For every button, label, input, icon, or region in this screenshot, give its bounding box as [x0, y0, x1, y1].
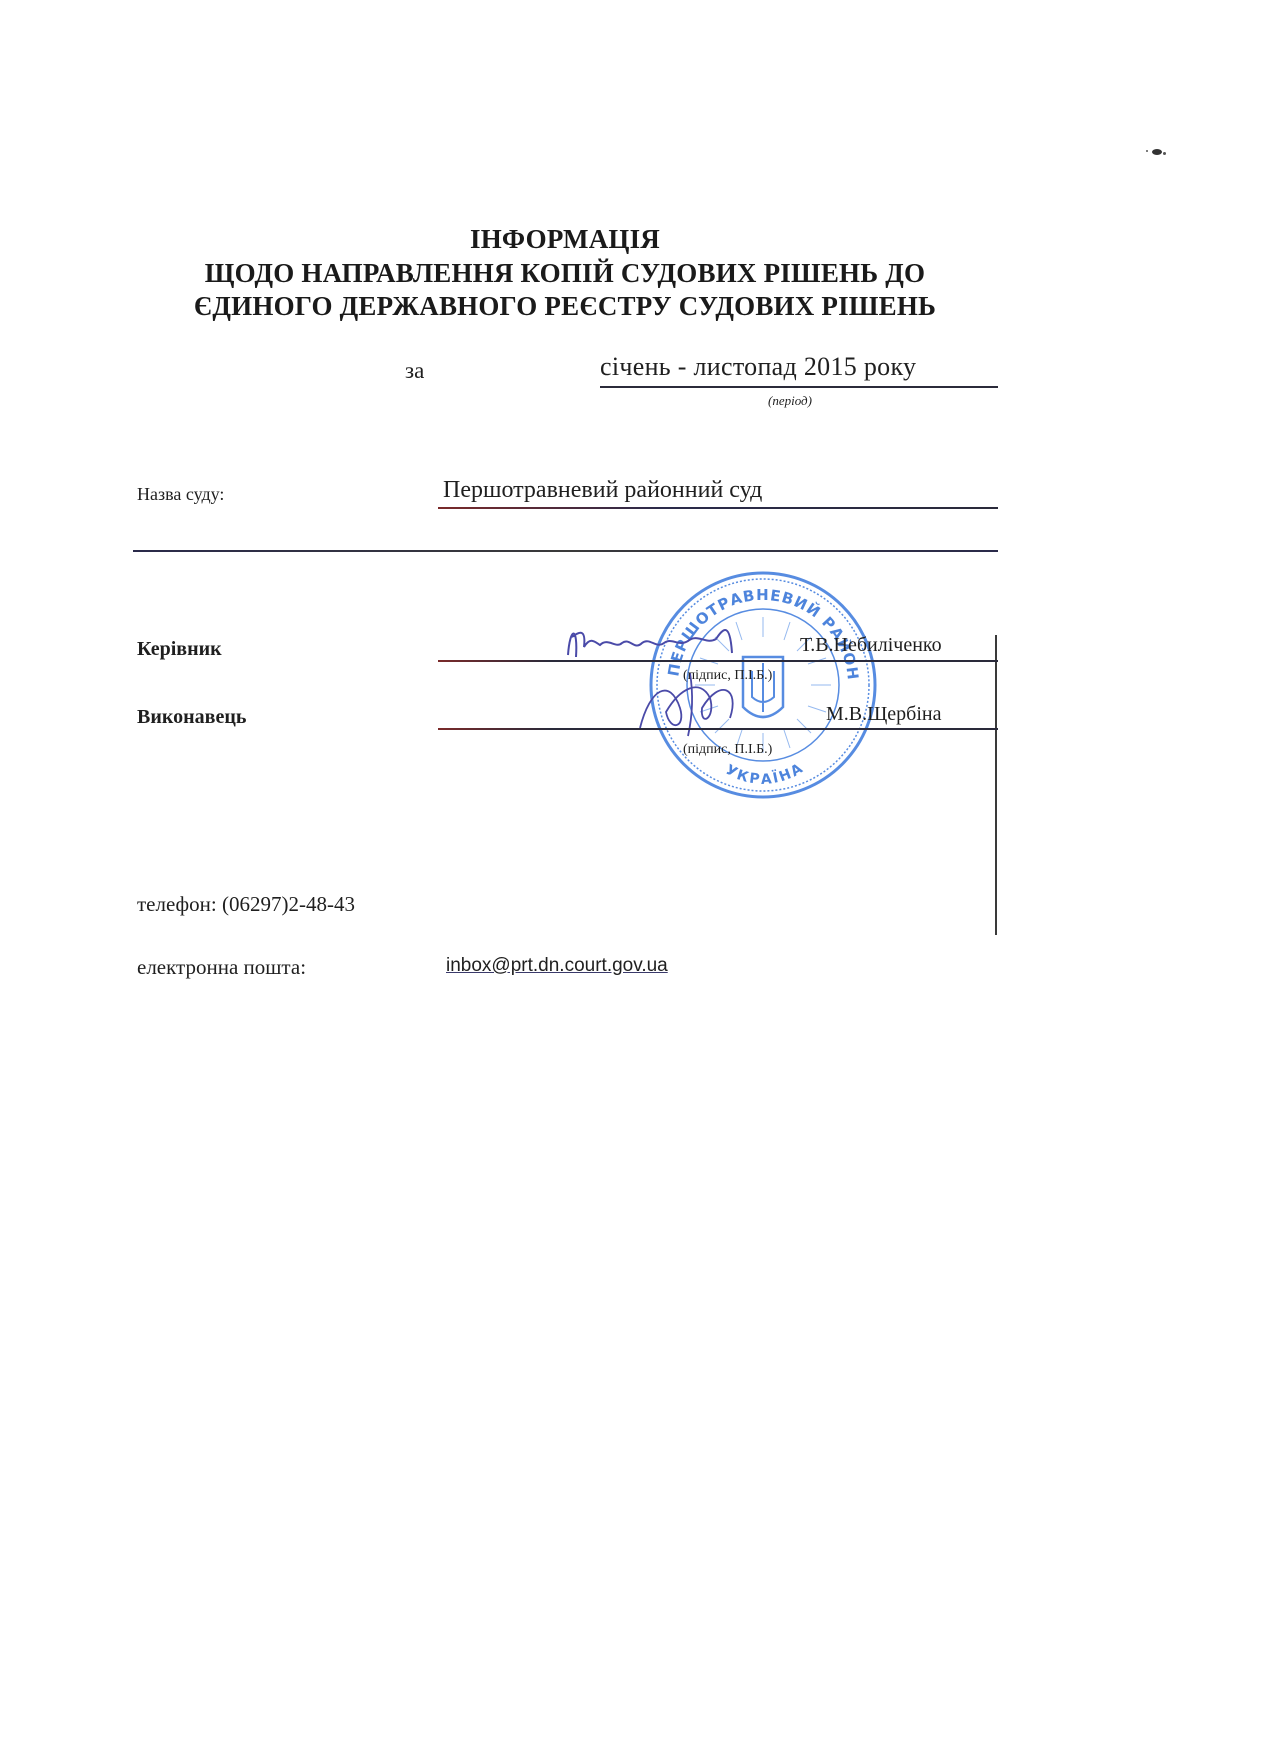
court-seal-stamp-icon: ПЕРШОТРАВНЕВИЙ РАЙОННИЙ СУД УКРАЇНА [648, 567, 878, 803]
email-link[interactable]: inbox@prt.dn.court.gov.ua [446, 955, 668, 977]
svg-text:УКРАЇНА: УКРАЇНА [723, 760, 807, 788]
executor-name: М.В.Щербіна [826, 703, 942, 726]
executor-signature-caption: (підпис, П.І.Б.) [683, 742, 772, 758]
head-signature-line [438, 660, 998, 662]
head-signature-icon [560, 617, 760, 665]
document-subtitle-line-2: ЄДИНОГО ДЕРЖАВНОГО РЕЄСТРУ СУДОВИХ РІШЕН… [0, 289, 1130, 323]
document-subtitle-line-1: ЩОДО НАПРАВЛЕННЯ КОПІЙ СУДОВИХ РІШЕНЬ ДО [0, 256, 1130, 290]
head-name: Т.В.Небиліченко [800, 634, 942, 657]
document-title: ІНФОРМАЦІЯ [0, 222, 1130, 256]
vertical-rule [995, 635, 997, 935]
head-signature-caption: (підпис, П.І.Б.) [683, 668, 772, 684]
scan-speck [1146, 150, 1148, 152]
period-caption: (період) [768, 393, 812, 409]
court-name-label: Назва суду: [137, 484, 224, 505]
court-name-underline [438, 507, 998, 509]
scan-speck [1152, 149, 1162, 155]
executor-role-label: Виконавець [137, 706, 246, 729]
court-name-extra-line [133, 550, 998, 552]
svg-text:ПЕРШОТРАВНЕВИЙ РАЙОННИЙ СУД: ПЕРШОТРАВНЕВИЙ РАЙОННИЙ СУД [648, 567, 862, 681]
executor-signature-line [438, 728, 998, 730]
head-role-label: Керівник [137, 638, 222, 661]
period-prefix: за [405, 358, 424, 384]
court-name-value: Першотравневий районний суд [443, 477, 762, 504]
phone-line: телефон: (06297)2-48-43 [137, 892, 355, 917]
period-underline [600, 386, 998, 388]
period-value: січень - листопад 2015 року [600, 352, 916, 382]
scan-speck [1163, 152, 1166, 155]
email-label: електронна пошта: [137, 955, 306, 980]
